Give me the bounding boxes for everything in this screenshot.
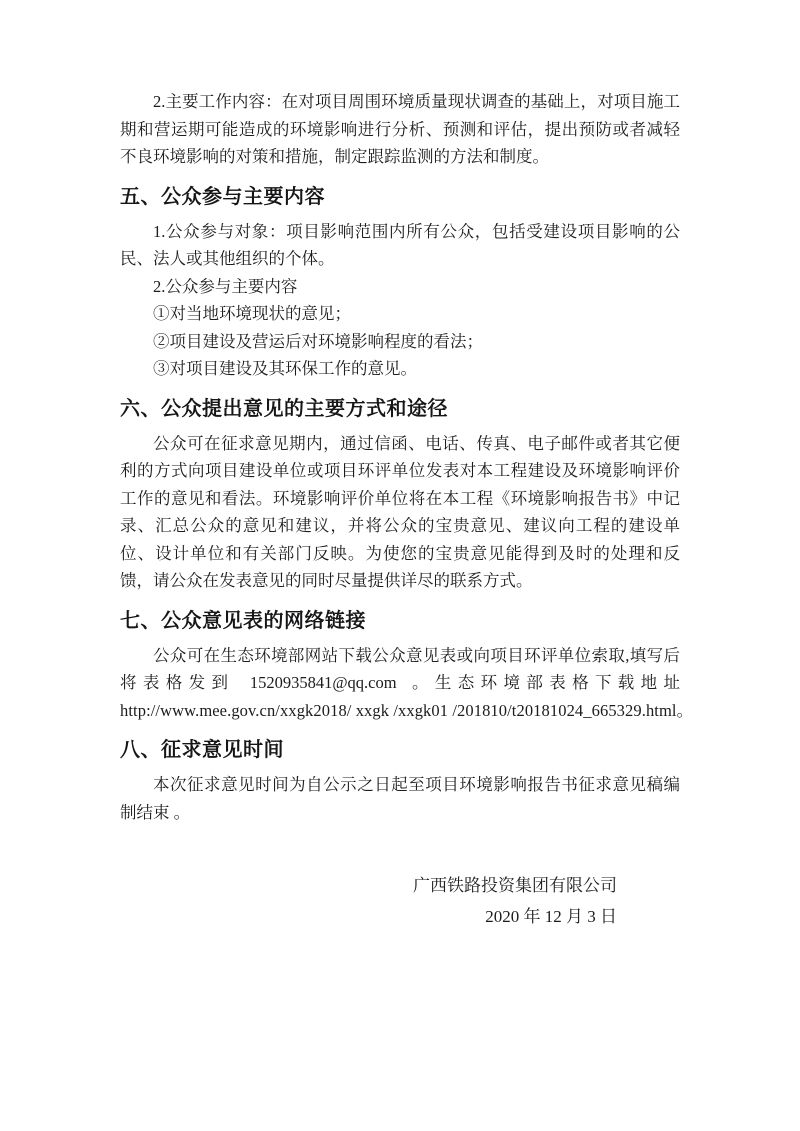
- email-address: 1520935841@qq.com: [245, 673, 402, 692]
- paragraph-comment-period: 本次征求意见时间为自公示之日起至项目环境影响报告书征求意见稿编制结束 。: [120, 771, 680, 826]
- form-download-middle-text: 。生态环境部表格下载地址: [412, 673, 680, 692]
- list-item-opinion-1: ①对当地环境现状的意见；: [120, 300, 680, 328]
- signature-company: 广西铁路投资集团有限公司: [120, 870, 617, 901]
- list-item-opinion-3: ③对项目建设及其环保工作的意见。: [120, 355, 680, 383]
- section-heading-5: 五、公众参与主要内容: [120, 182, 680, 212]
- paragraph-feedback-methods: 公众可在征求意见期内，通过信函、电话、传真、电子邮件或者其它便利的方式向项目建设…: [120, 430, 680, 595]
- paragraph-participation-target: 1.公众参与对象：项目影响范围内所有公众，包括受建设项目影响的公民、法人或其他组…: [120, 218, 680, 273]
- download-url: http://www.mee.gov.cn/xxgk2018/ xxgk /xx…: [120, 697, 680, 725]
- paragraph-form-download: 公众可在生态环境部网站下载公众意见表或向项目环评单位索取,填写后将表格发到 15…: [120, 642, 680, 697]
- signature-date: 2020 年 12 月 3 日: [120, 901, 617, 932]
- section-heading-7: 七、公众意见表的网络链接: [120, 606, 680, 636]
- section-heading-6: 六、公众提出意见的主要方式和途径: [120, 394, 680, 424]
- signature-block: 广西铁路投资集团有限公司 2020 年 12 月 3 日: [120, 870, 680, 932]
- section-heading-8: 八、征求意见时间: [120, 735, 680, 765]
- paragraph-participation-content: 2.公众参与主要内容: [120, 273, 680, 301]
- paragraph-main-work-content: 2.主要工作内容：在对项目周围环境质量现状调查的基础上，对项目施工期和营运期可能…: [120, 88, 680, 171]
- document-page: 2.主要工作内容：在对项目周围环境质量现状调查的基础上，对项目施工期和营运期可能…: [0, 0, 800, 1131]
- list-item-opinion-2: ②项目建设及营运后对环境影响程度的看法；: [120, 328, 680, 356]
